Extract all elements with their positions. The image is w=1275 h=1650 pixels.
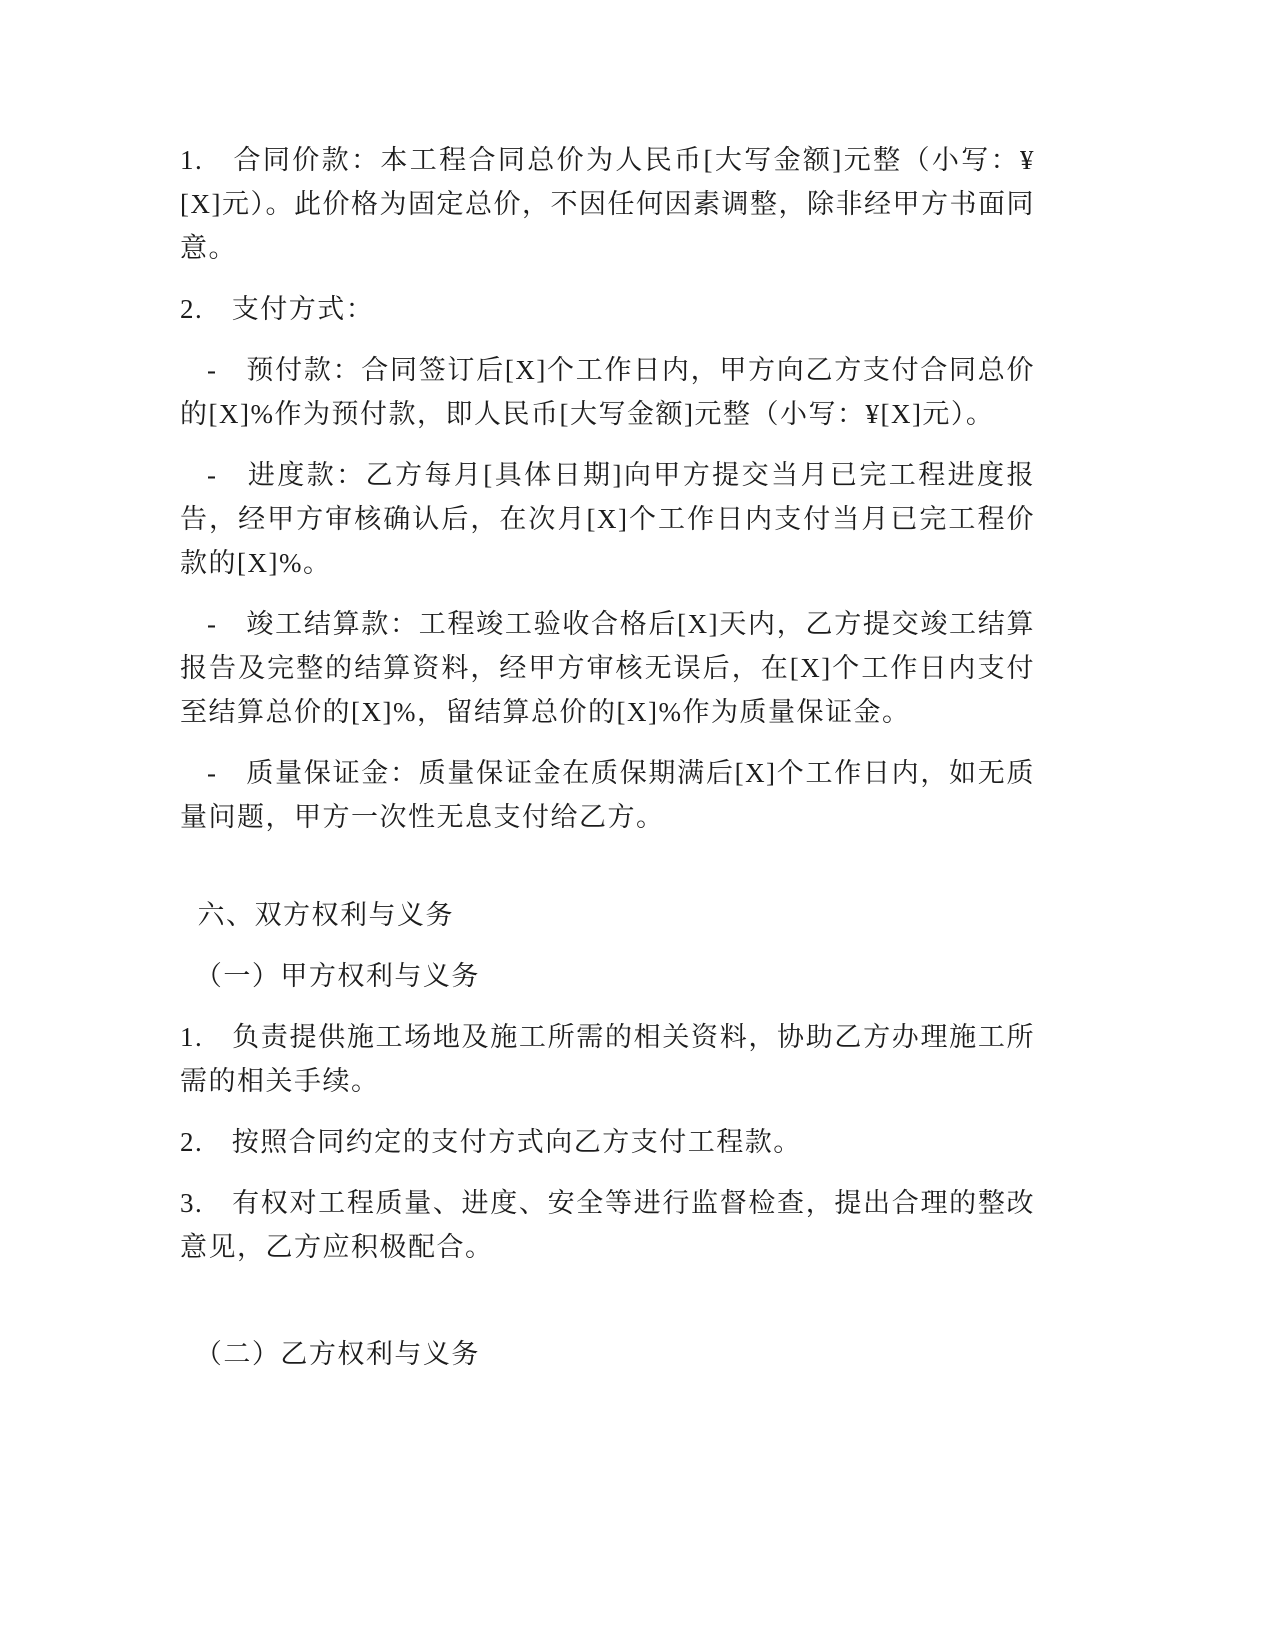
paragraph-advance-payment: - 预付款：合同签订后[X]个工作日内，甲方向乙方支付合同总价的[X]%作为预付… [180,348,1035,436]
contract-body: 1. 合同价款：本工程合同总价为人民币[大写金额]元整（小写：¥[X]元）。此价… [180,138,1035,1376]
document-page: 1. 合同价款：本工程合同总价为人民币[大写金额]元整（小写：¥[X]元）。此价… [0,0,1275,1650]
paragraph-quality-deposit: - 质量保证金：质量保证金在质保期满后[X]个工作日内，如无质量问题，甲方一次性… [180,751,1035,839]
paragraph-party-a-duty-2: 2. 按照合同约定的支付方式向乙方支付工程款。 [180,1120,1035,1164]
paragraph-contract-price: 1. 合同价款：本工程合同总价为人民币[大写金额]元整（小写：¥[X]元）。此价… [180,138,1035,270]
section-title-rights-obligations: 六、双方权利与义务 [180,893,1035,937]
subsection-title-party-b: （二）乙方权利与义务 [180,1332,1035,1376]
paragraph-payment-method: 2. 支付方式： [180,287,1035,331]
paragraph-party-a-duty-1: 1. 负责提供施工场地及施工所需的相关资料，协助乙方办理施工所需的相关手续。 [180,1015,1035,1103]
paragraph-party-a-duty-3: 3. 有权对工程质量、进度、安全等进行监督检查，提出合理的整改意见，乙方应积极配… [180,1181,1035,1269]
paragraph-settlement-payment: - 竣工结算款：工程竣工验收合格后[X]天内，乙方提交竣工结算报告及完整的结算资… [180,602,1035,734]
paragraph-progress-payment: - 进度款：乙方每月[具体日期]向甲方提交当月已完工程进度报告，经甲方审核确认后… [180,453,1035,585]
subsection-title-party-a: （一）甲方权利与义务 [180,954,1035,998]
